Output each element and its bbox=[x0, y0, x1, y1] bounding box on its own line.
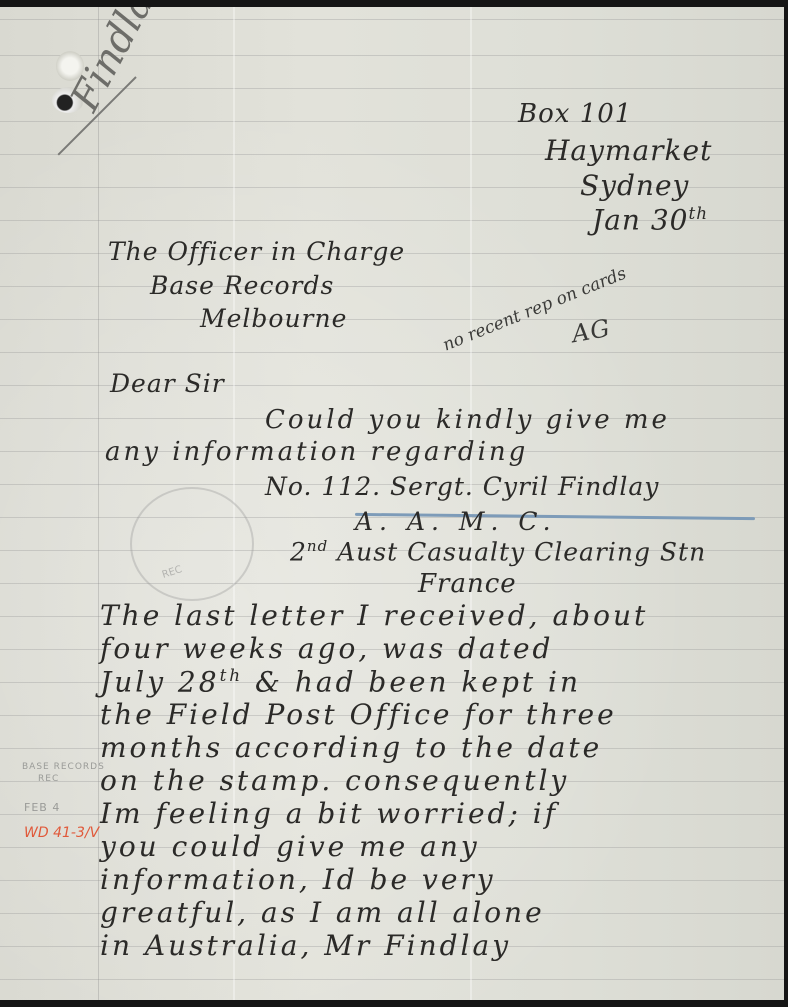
station-number-suffix: nd bbox=[307, 537, 328, 555]
margin-line bbox=[98, 7, 99, 1000]
body-line: any information regarding bbox=[105, 437, 528, 467]
scan-border-bottom bbox=[0, 1000, 788, 1007]
received-stamp-date: FEB 4 bbox=[24, 801, 60, 814]
body-line: July 28th & had been kept in bbox=[100, 665, 581, 698]
circle-stamp-text: REC bbox=[161, 564, 184, 581]
soldier-station: 2nd Aust Casualty Clearing Stn bbox=[290, 537, 706, 566]
letter-page: Findlay Box 101 Haymarket Sydney Jan 30t… bbox=[0, 7, 784, 1000]
body-line: information, Id be very bbox=[100, 863, 496, 896]
body-line: months according to the date bbox=[100, 731, 602, 764]
body-line: Could you kindly give me bbox=[265, 405, 670, 435]
sender-address-line1: Box 101 bbox=[518, 99, 632, 129]
body-line: you could give me any bbox=[100, 830, 480, 863]
body-line: The last letter I received, about bbox=[100, 599, 648, 632]
body-line-rest: & had been kept in bbox=[255, 665, 581, 698]
body-line: Im feeling a bit worried; if bbox=[100, 797, 558, 830]
body-line: greatful, as I am all alone bbox=[100, 896, 545, 929]
soldier-unit: A. A. M. C. bbox=[355, 507, 557, 536]
sender-address-line2: Haymarket bbox=[545, 134, 712, 167]
body-line-date: July 28 bbox=[100, 665, 220, 698]
recipient-line1: The Officer in Charge bbox=[108, 237, 405, 266]
received-stamp-line2: REC bbox=[38, 774, 59, 784]
recipient-line2: Base Records bbox=[150, 271, 334, 300]
soldier-name: No. 112. Sergt. Cyril Findlay bbox=[265, 472, 659, 501]
scan-border-right bbox=[784, 0, 788, 1007]
recipient-line3: Melbourne bbox=[200, 304, 347, 333]
station-name: Aust Casualty Clearing Stn bbox=[337, 537, 706, 566]
red-reference-annotation: WD 41-3/V bbox=[24, 825, 99, 841]
body-line: four weeks ago, was dated bbox=[100, 632, 553, 665]
body-line: in Australia, Mr Findlay bbox=[100, 929, 511, 962]
body-line: the Field Post Office for three bbox=[100, 698, 617, 731]
body-line: on the stamp. consequently bbox=[100, 764, 569, 797]
letter-date: Jan 30th bbox=[592, 203, 708, 236]
station-number: 2 bbox=[290, 537, 307, 566]
scan-border-top bbox=[0, 0, 788, 7]
received-circle-stamp: REC bbox=[130, 487, 254, 601]
letter-date-suffix: th bbox=[688, 203, 708, 223]
salutation: Dear Sir bbox=[110, 369, 225, 398]
soldier-country: France bbox=[418, 569, 517, 599]
letter-date-value: Jan 30 bbox=[592, 203, 688, 236]
body-line-date-suffix: th bbox=[220, 665, 244, 685]
sender-address-line3: Sydney bbox=[580, 169, 689, 202]
received-stamp-line1: BASE RECORDS bbox=[22, 762, 105, 772]
